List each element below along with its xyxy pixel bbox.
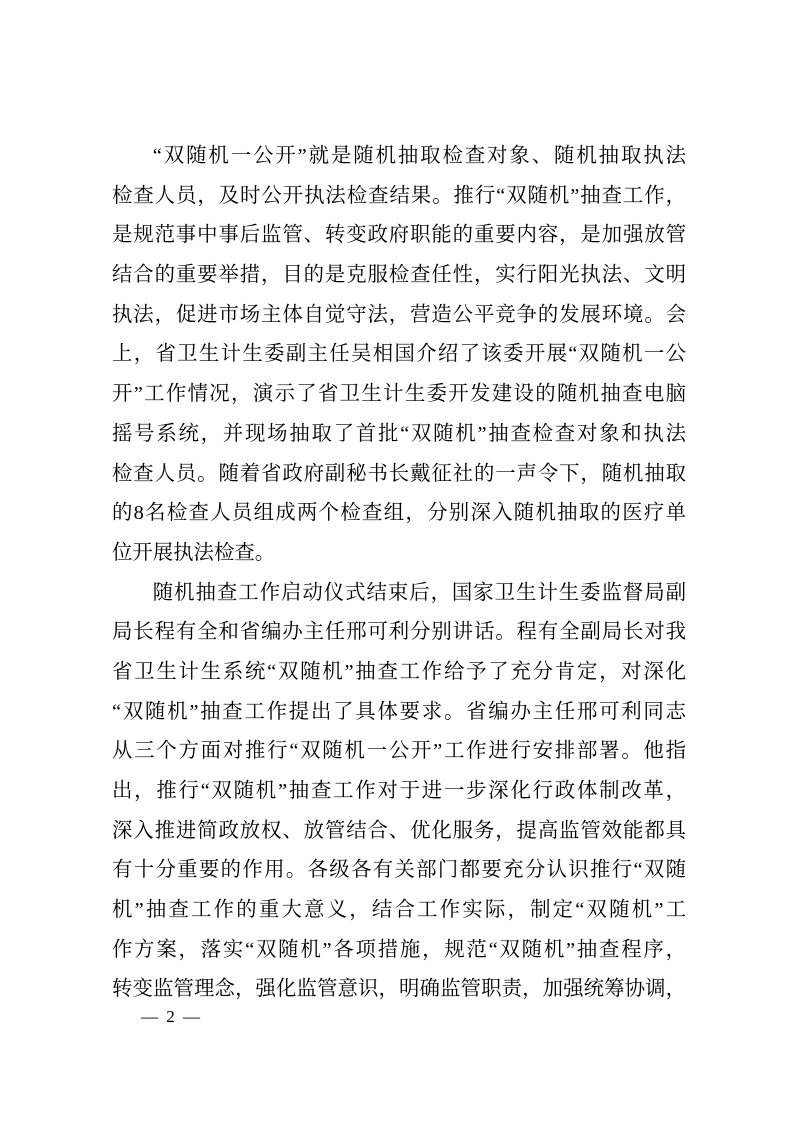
text-line: 检查人员。随着省政府副秘书长戴征社的一声令下，随机抽取: [112, 455, 686, 495]
paragraph: 随机抽查工作启动仪式结束后，国家卫生计生委监督局副局长程有全和省编办主任邢可利分…: [112, 574, 686, 1011]
text-line: 随机抽查工作启动仪式结束后，国家卫生计生委监督局副: [112, 574, 686, 614]
text-line: 结合的重要举措，目的是克服检查任性，实行阳光执法、文明: [112, 256, 686, 296]
text-line: 位开展执法检查。: [112, 534, 686, 574]
document-body: “双随机一公开”就是随机抽取检查对象、随机抽取执法检查人员，及时公开执法检查结果…: [112, 137, 686, 1010]
text-line: “双随机”抽查工作提出了具体要求。省编办主任邢可利同志: [112, 693, 686, 733]
text-line: 局长程有全和省编办主任邢可利分别讲话。程有全副局长对我: [112, 613, 686, 653]
text-line: 省卫生计生系统“双随机”抽查工作给予了充分肯定，对深化: [112, 653, 686, 693]
text-line: 机”抽查工作的重大意义，结合工作实际，制定“双随机”工: [112, 891, 686, 931]
text-line: 检查人员，及时公开执法检查结果。推行“双随机”抽查工作，: [112, 177, 686, 217]
page-number: — 2 —: [141, 1002, 202, 1032]
paragraph: “双随机一公开”就是随机抽取检查对象、随机抽取执法检查人员，及时公开执法检查结果…: [112, 137, 686, 574]
text-line: 从三个方面对推行“双随机一公开”工作进行安排部署。他指: [112, 732, 686, 772]
document-page: “双随机一公开”就是随机抽取检查对象、随机抽取执法检查人员，及时公开执法检查结果…: [0, 0, 794, 1123]
text-line: 有十分重要的作用。各级各有关部门都要充分认识推行“双随: [112, 851, 686, 891]
text-line: “双随机一公开”就是随机抽取检查对象、随机抽取执法: [112, 137, 686, 177]
text-line: 的8名检查人员组成两个检查组，分别深入随机抽取的医疗单: [112, 494, 686, 534]
text-line: 上，省卫生计生委副主任吴相国介绍了该委开展“双随机一公: [112, 335, 686, 375]
text-line: 摇号系统，并现场抽取了首批“双随机”抽查检查对象和执法: [112, 415, 686, 455]
text-line: 作方案，落实“双随机”各项措施，规范“双随机”抽查程序，: [112, 931, 686, 971]
text-line: 开”工作情况，演示了省卫生计生委开发建设的随机抽查电脑: [112, 375, 686, 415]
text-line: 出，推行“双随机”抽查工作对于进一步深化行政体制改革，: [112, 772, 686, 812]
text-line: 执法，促进市场主体自觉守法，营造公平竞争的发展环境。会: [112, 296, 686, 336]
text-line: 是规范事中事后监管、转变政府职能的重要内容，是加强放管: [112, 216, 686, 256]
text-line: 深入推进简政放权、放管结合、优化服务，提高监管效能都具: [112, 812, 686, 852]
